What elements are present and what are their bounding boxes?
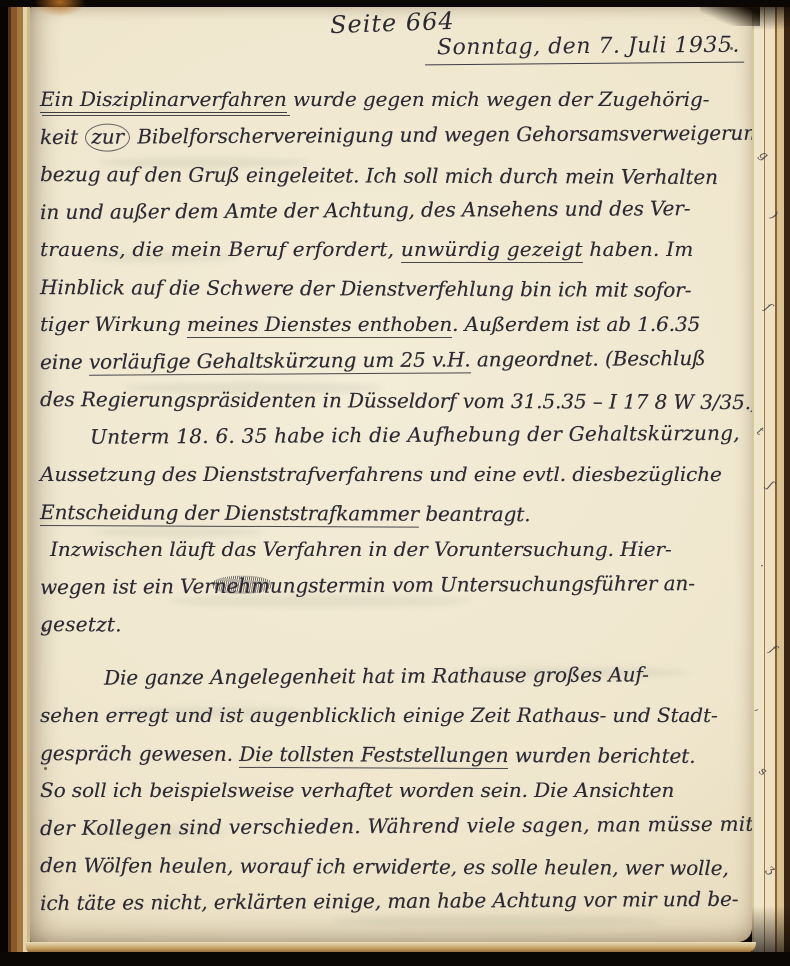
handwritten-line: gespräch gewesen. Die tollsten Feststell…: [40, 735, 744, 776]
handwritten-emphasis: meines Dienstes enthoben: [187, 312, 452, 338]
book-binding-left-edge: [0, 0, 30, 966]
handwritten-emphasis: nehm: [214, 573, 270, 597]
handwritten-line: ich täte es nicht, erklärten einige, man…: [40, 880, 744, 922]
handwritten-line: Unterm 18. 6. 35 habe ich die Aufhebung …: [40, 414, 744, 456]
handwritten-emphasis: Ein Disziplinarverfahren: [40, 87, 287, 113]
handwritten-text: Inzwischen läuft das Verfahren in der Vo…: [50, 537, 672, 561]
handwritten-text: wurden berichtet.: [508, 743, 695, 768]
handwritten-text: keit: [40, 124, 84, 148]
handwritten-emphasis: vorläufige Gehaltskürzung um 25 v.H.: [89, 347, 471, 375]
scanned-diary-page: Seite 664 Sonntag, den 7. Juli 1935. Ein…: [0, 0, 790, 966]
handwritten-line: tiger Wirkung meines Dienstes enthoben. …: [40, 306, 744, 344]
handwritten-line: keit zur Bibelforschervereinigung und we…: [40, 114, 744, 156]
handwritten-text: des Regierungspräsidenten in Düsseldorf …: [40, 387, 752, 414]
handwritten-line: Die ganze Angelegenheit hat im Rathause …: [40, 655, 744, 697]
diary-paper-page: Seite 664 Sonntag, den 7. Juli 1935. Ein…: [30, 7, 752, 942]
handwritten-line: Inzwischen läuft das Verfahren in der Vo…: [40, 531, 744, 569]
handwritten-text: gesetzt.: [40, 612, 122, 636]
scan-border-top: [0, 0, 790, 7]
handwritten-line: trauens, die mein Beruf erfordert, unwür…: [40, 231, 744, 269]
handwritten-text: ich täte es nicht, erklärten einige, man…: [40, 886, 738, 914]
handwritten-line: Hinblick auf die Schwere der Dienstverfe…: [40, 269, 744, 310]
handwritten-text: eine: [40, 349, 89, 373]
handwritten-text: der Kollegen sind verschieden. Während v…: [40, 811, 752, 839]
handwritten-text: ungstermin vom Untersuchungsführer an-: [270, 571, 695, 598]
handwritten-text: bezug auf den Gruß eingeleitet. Ich soll…: [40, 162, 718, 189]
handwritten-line: in und außer dem Amte der Achtung, des A…: [40, 189, 744, 231]
handwritten-emphasis: unwürdig gezeigt: [401, 237, 583, 263]
handwritten-text: Hinblick auf die Schwere der Dienstverfe…: [40, 275, 691, 302]
handwritten-text: So soll ich beispielsweise verhaftet wor…: [40, 778, 674, 802]
handwritten-emphasis: zur: [85, 123, 130, 151]
handwritten-line: Aussetzung des Dienststrafverfahrens und…: [40, 456, 744, 494]
entry-date-heading: Sonntag, den 7. Juli 1935.: [425, 33, 744, 66]
handwritten-text: sehen erregt und ist augenblicklich eini…: [40, 703, 718, 727]
handwritten-line: gesetzt.: [40, 606, 744, 647]
handwritten-line: sehen erregt und ist augenblicklich eini…: [40, 697, 744, 735]
handwriting-lines: Ein Disziplinarverfahren wurde gegen mic…: [40, 81, 744, 922]
handwritten-line: Entscheidung der Dienststrafkammer beant…: [40, 494, 744, 535]
handwritten-text: Bibelforschervereinigung und wegen Gehor…: [131, 120, 752, 148]
handwritten-text: angeordnet. (Beschluß: [470, 345, 705, 370]
handwritten-line: eine vorläufige Gehaltskürzung um 25 v.H…: [40, 339, 744, 381]
paper-stain: [34, 0, 86, 17]
handwritten-emphasis: Entscheidung der Dienststrafkammer: [40, 500, 419, 528]
handwritten-text: wurde gegen mich wegen der Zugehörig-: [287, 87, 710, 111]
handwritten-text: Aussetzung des Dienststrafverfahrens und…: [40, 462, 722, 486]
handwritten-line: der Kollegen sind verschieden. Während v…: [40, 805, 744, 847]
handwritten-text: beantragt.: [419, 501, 531, 525]
handwritten-line: Ein Disziplinarverfahren wurde gegen mic…: [40, 81, 744, 119]
handwritten-text: in und außer dem Amte der Achtung, des A…: [40, 196, 690, 224]
handwritten-text: wegen ist ein Ver: [40, 573, 214, 598]
scan-border-bottom: [0, 952, 790, 966]
handwritten-text: . Außerdem ist ab 1.6.35: [452, 312, 700, 336]
handwritten-text: tiger Wirkung: [40, 312, 187, 336]
handwritten-text: den Wölfen heulen, worauf ich erwiderte,…: [40, 853, 729, 880]
handwritten-emphasis: Die tollsten Feststellungen: [239, 741, 508, 768]
handwritten-text: haben. Im: [583, 237, 694, 261]
handwritten-text: gespräch gewesen.: [40, 741, 239, 766]
handwritten-text: Unterm 18. 6. 35 habe ich die Aufhebung …: [90, 420, 740, 448]
handwritten-text: Die ganze Angelegenheit hat im Rathause …: [104, 662, 649, 689]
handwritten-text: trauens, die mein Beruf erfordert,: [40, 237, 401, 261]
handwritten-line: So soll ich beispielsweise verhaftet wor…: [40, 772, 744, 810]
handwritten-line: wegen ist ein Vernehmungstermin vom Unte…: [40, 564, 744, 606]
